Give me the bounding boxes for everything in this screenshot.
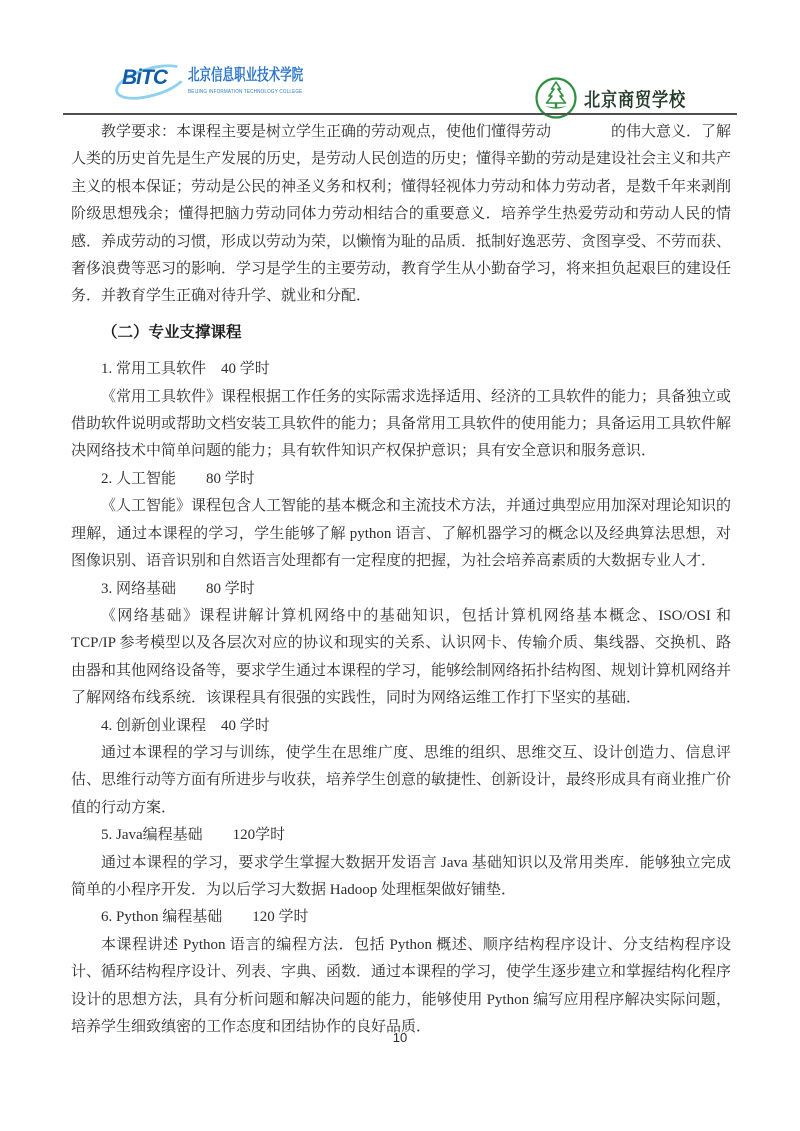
course-title-5: 5. Java编程基础 120学时 [71, 822, 731, 849]
course-description-5: 通过本课程的学习，要求学生掌握大数据开发语言 Java 基础知识以及常用类库．能… [71, 850, 731, 905]
teaching-requirements-paragraph: 教学要求：本课程主要是树立学生正确的劳动观点，使他们懂得劳动 的伟大意义．了解人… [71, 119, 731, 311]
header-divider-rule [63, 113, 737, 115]
course-description-2: 《人工智能》课程包含人工智能的基本概念和主流技术方法，并通过典型应用加深对理论知… [71, 493, 731, 575]
course-description-6: 本课程讲述 Python 语言的编程方法．包括 Python 概述、顺序结构程序… [71, 932, 731, 1042]
course-title-4: 4. 创新创业课程 40 学时 [71, 713, 731, 740]
bitc-logo-names: 北京信息职业技术学院 BEIJING INFORMATION TECHNOLOG… [188, 58, 348, 95]
course-title-2: 2. 人工智能 80 学时 [71, 466, 731, 493]
section-heading: （二）专业支撑课程 [71, 319, 731, 346]
bitc-logo-mark: BiTC [118, 58, 184, 102]
document-page: BiTC 北京信息职业技术学院 BEIJING INFORMATION TECH… [0, 0, 800, 1131]
course-description-1: 《常用工具软件》课程根据工作任务的实际需求选择适用、经济的工具软件的能力；具备独… [71, 384, 731, 466]
course-description-4: 通过本课程的学习与训练，使学生在思维广度、思维的组织、思维交互、设计创造力、信息… [71, 740, 731, 822]
page-footer: 10 [0, 1030, 800, 1045]
bitc-abbreviation: BiTC [122, 66, 167, 90]
bitc-english-name: BEIJING INFORMATION TECHNOLOGY COLLEGE [188, 89, 335, 95]
course-title-1: 1. 常用工具软件 40 学时 [71, 356, 731, 383]
course-title-6: 6. Python 编程基础 120 学时 [71, 904, 731, 931]
commerce-school-name: 北京商贸学校 [584, 85, 686, 112]
page-number: 10 [393, 1030, 407, 1045]
bitc-chinese-name: 北京信息职业技术学院 [188, 62, 303, 85]
course-title-3: 3. 网络基础 80 学时 [71, 576, 731, 603]
bitc-logo: BiTC 北京信息职业技术学院 BEIJING INFORMATION TECH… [118, 58, 348, 102]
document-body: 教学要求：本课程主要是树立学生正确的劳动观点，使他们懂得劳动 的伟大意义．了解人… [71, 119, 731, 1041]
course-description-3: 《网络基础》课程讲解计算机网络中的基础知识，包括计算机网络基本概念、ISO/OS… [71, 603, 731, 713]
